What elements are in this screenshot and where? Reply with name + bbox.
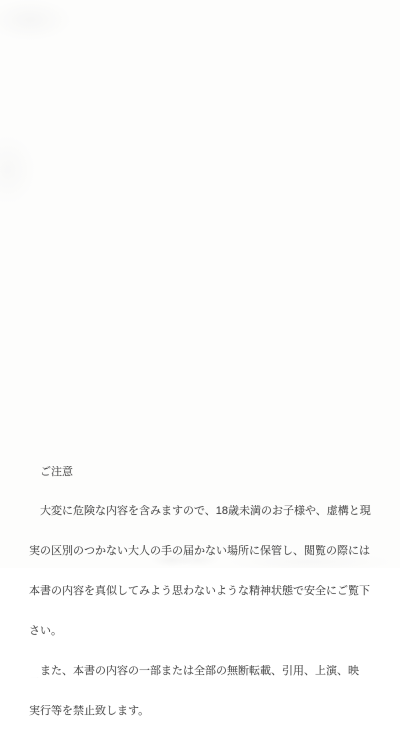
notice-line: 実の区別のつかない大人の手の届かない場所に保管し、閲覧の際には (29, 545, 377, 558)
notice-heading: ご注意 (29, 466, 377, 479)
notice-block: ご注意 大変に危険な内容を含みますので、18歳未満のお子様や、虚構と現 実の区別… (29, 439, 377, 568)
notice-line: 大変に危険な内容を含みますので、18歳未満のお子様や、虚構と現 (29, 505, 377, 518)
scanned-page: ご注意 大変に危険な内容を含みますので、18歳未満のお子様や、虚構と現 実の区別… (0, 0, 400, 568)
